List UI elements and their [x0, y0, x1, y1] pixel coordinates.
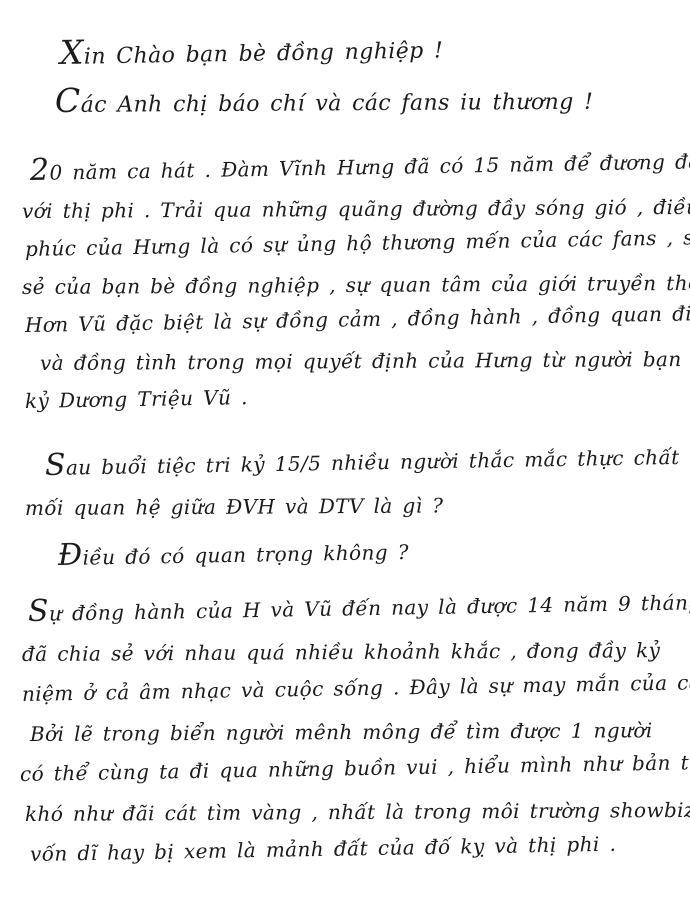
paragraph-question-context: Sau buổi tiệc tri kỷ 15/5 nhiều người th…	[0, 448, 690, 528]
paragraph-line: mối quan hệ giữa ĐVH và DTV là gì ?	[25, 484, 690, 528]
paragraph-line: Sự đồng hành của H và Vũ đến nay là được…	[28, 582, 690, 634]
greeting-section: Xin Chào bạn bè đồng nghiệp ! Các Anh ch…	[0, 34, 690, 130]
letter-page: Xin Chào bạn bè đồng nghiệp ! Các Anh ch…	[0, 0, 690, 919]
paragraph-line: Sau buổi tiệc tri kỷ 15/5 nhiều người th…	[45, 437, 690, 488]
question-section: Điều đó có quan trọng không ?	[0, 538, 690, 578]
paragraph-companionship: Sự đồng hành của H và Vũ đến nay là được…	[0, 594, 690, 874]
question-line: Điều đó có quan trọng không ?	[58, 527, 690, 578]
paragraph-line: 20 năm ca hát . Đàm Vĩnh Hưng đã có 15 n…	[30, 142, 690, 192]
paragraph-career: 20 năm ca hát . Đàm Vĩnh Hưng đã có 15 n…	[0, 154, 690, 420]
greeting-line-2: Các Anh chị báo chí và các fans iu thươn…	[55, 78, 690, 130]
greeting-line-1: Xin Chào bạn bè đồng nghiệp !	[60, 23, 690, 82]
